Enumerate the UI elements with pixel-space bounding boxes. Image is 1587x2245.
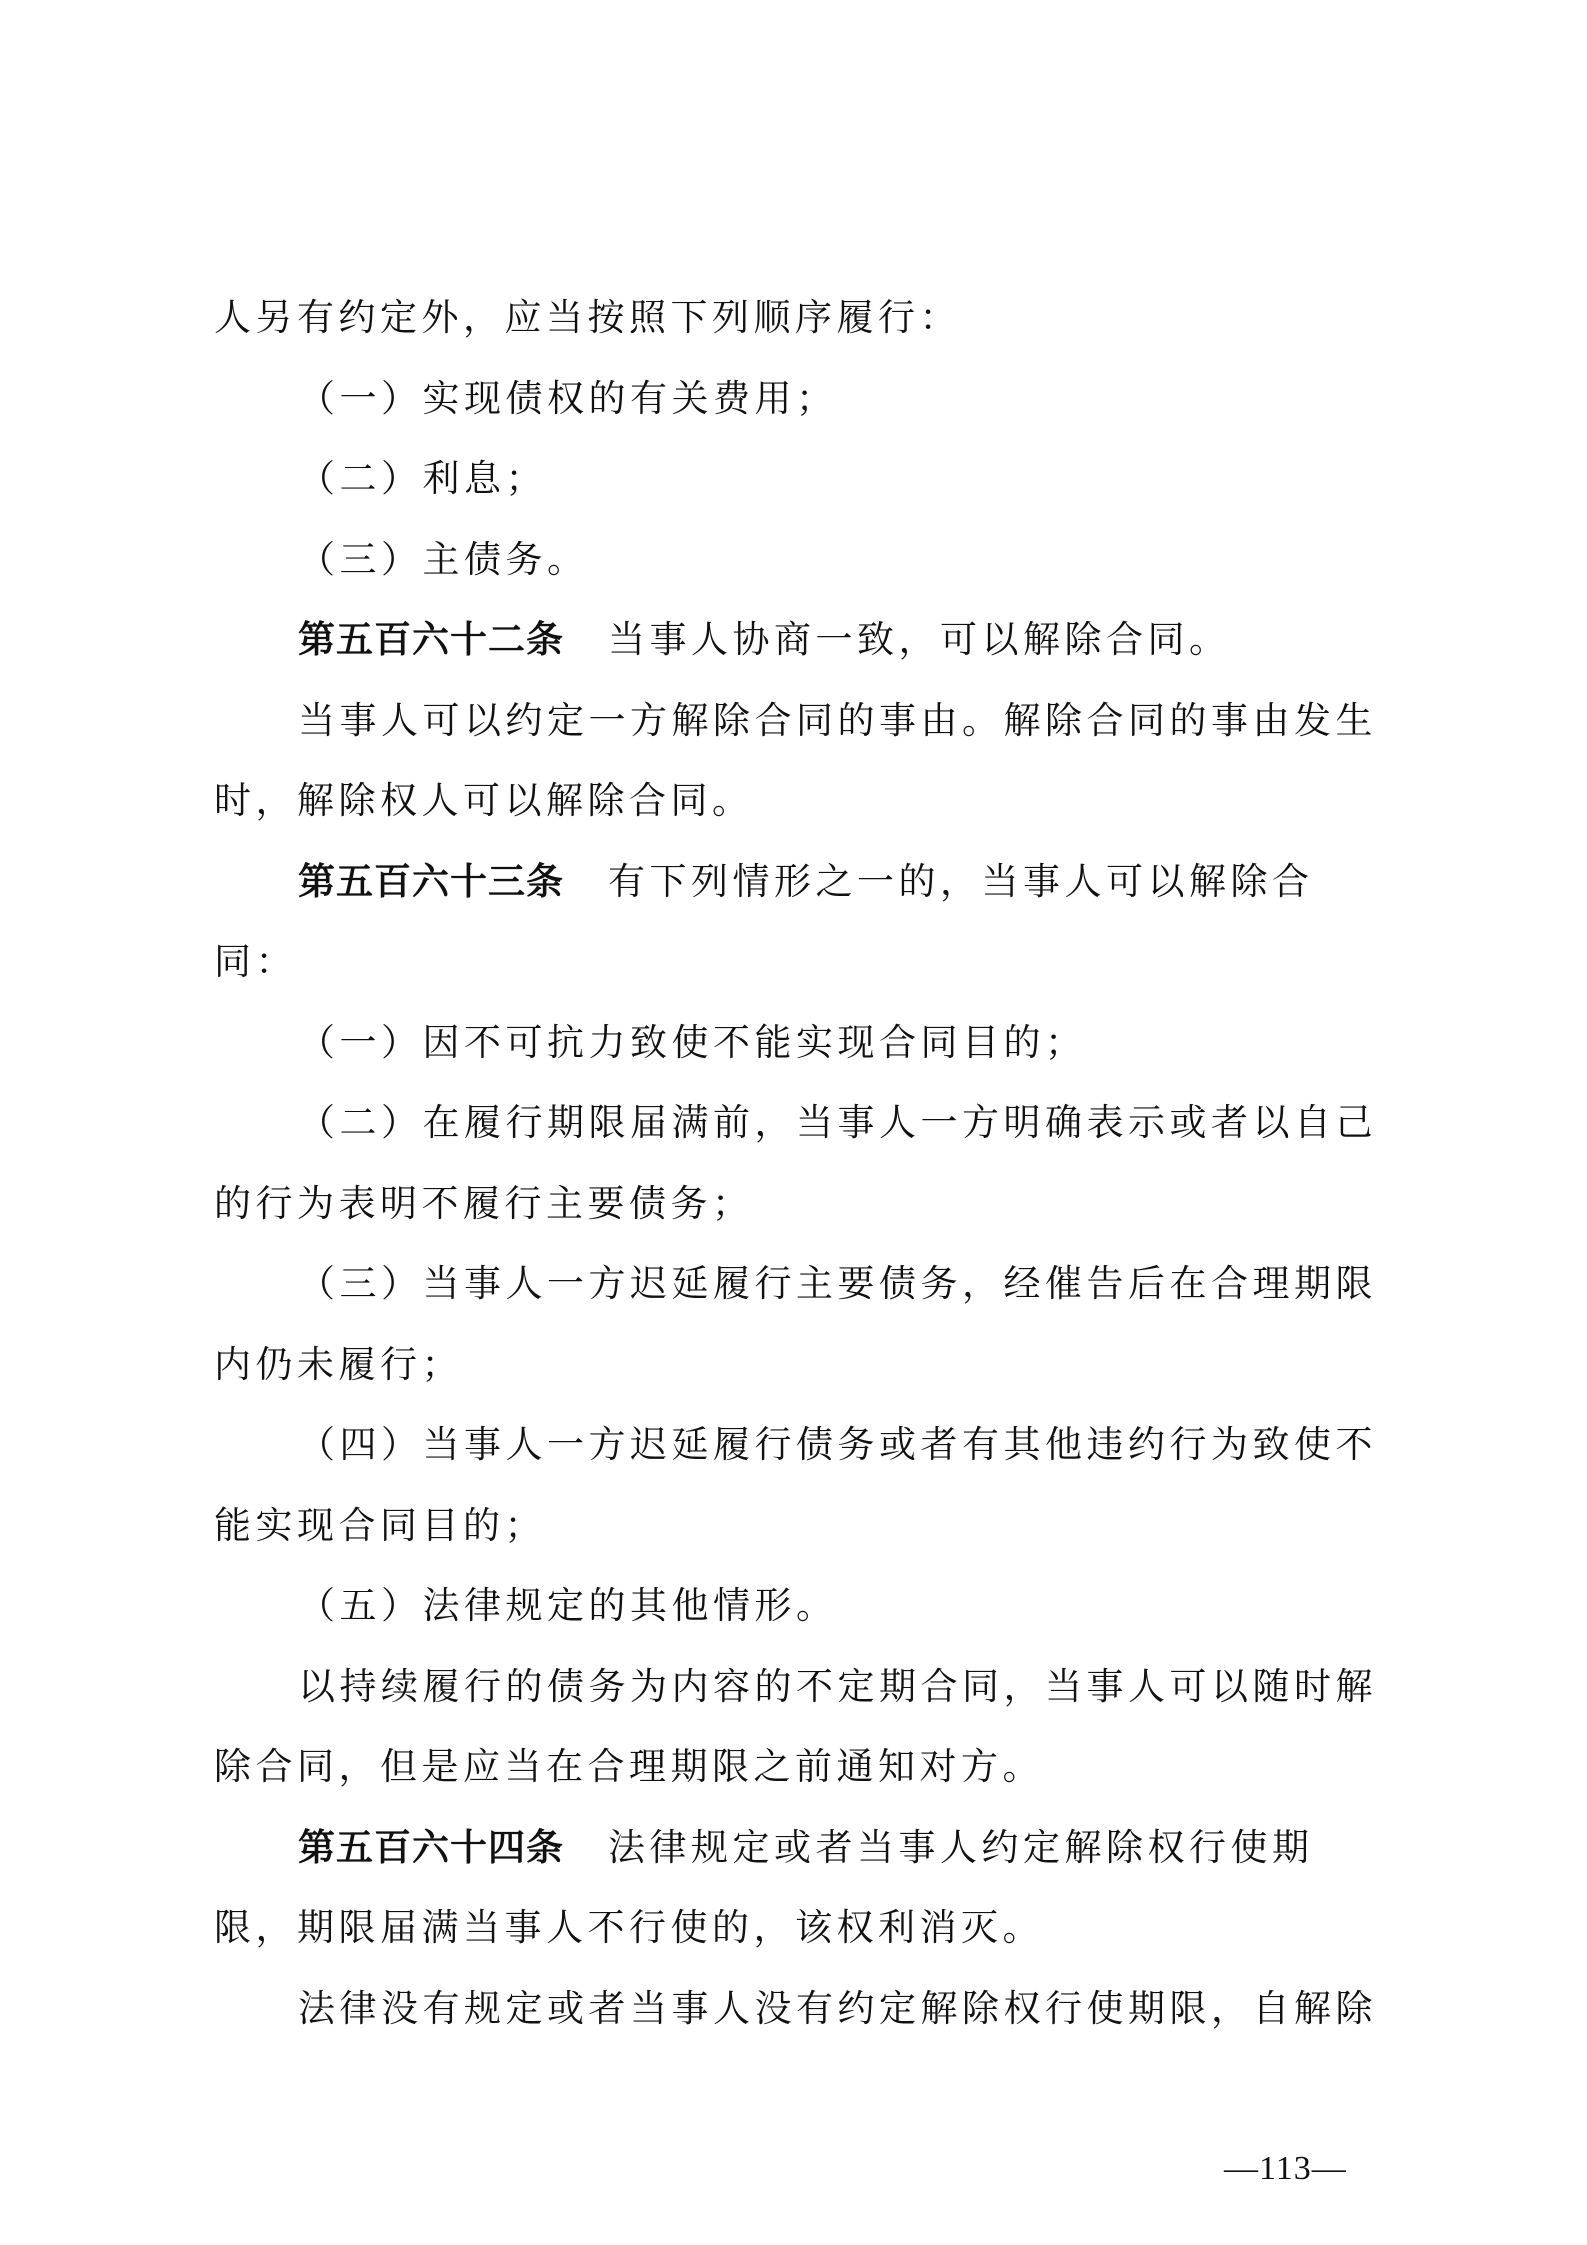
article-heading-line: 第五百六十四条法律规定或者当事人约定解除权行使期 xyxy=(214,1822,1390,1903)
line-text: （三）当事人一方迟延履行主要债务，经催告后在合理期限 xyxy=(298,1262,1377,1305)
text-line: 同： xyxy=(214,936,1390,1017)
line-text: （二）利息； xyxy=(298,457,547,500)
list-item: （二）利息； xyxy=(214,453,1390,534)
line-text: 内仍未履行； xyxy=(214,1343,463,1386)
paragraph-start: 法律没有规定或者当事人没有约定解除权行使期限，自解除 xyxy=(214,1983,1390,2064)
line-text: 法律没有规定或者当事人没有约定解除权行使期限，自解除 xyxy=(298,1987,1377,2030)
article-number: 第五百六十二条 xyxy=(298,618,564,661)
line-text: 除合同，但是应当在合理期限之前通知对方。 xyxy=(214,1745,1044,1788)
line-text: （二）在履行期限届满前，当事人一方明确表示或者以自己 xyxy=(298,1101,1377,1144)
text-line: 时，解除权人可以解除合同。 xyxy=(214,775,1390,856)
paragraph-start: 当事人可以约定一方解除合同的事由。解除合同的事由发生 xyxy=(214,695,1390,776)
line-text: 当事人协商一致，可以解除合同。 xyxy=(608,618,1231,661)
paragraph-start: 以持续履行的债务为内容的不定期合同，当事人可以随时解 xyxy=(214,1661,1390,1742)
line-text: 当事人可以约定一方解除合同的事由。解除合同的事由发生 xyxy=(298,699,1377,742)
list-item: （四）当事人一方迟延履行债务或者有其他违约行为致使不 xyxy=(214,1419,1390,1500)
article-heading-line: 第五百六十二条当事人协商一致，可以解除合同。 xyxy=(214,614,1390,695)
text-line: 人另有约定外，应当按照下列顺序履行： xyxy=(214,292,1390,373)
article-heading-line: 第五百六十三条有下列情形之一的，当事人可以解除合 xyxy=(214,856,1390,937)
article-number: 第五百六十四条 xyxy=(298,1826,564,1869)
line-text: （三）主债务。 xyxy=(298,538,589,581)
list-item: （三）当事人一方迟延履行主要债务，经催告后在合理期限 xyxy=(214,1258,1390,1339)
text-line: 的行为表明不履行主要债务； xyxy=(214,1178,1390,1259)
line-text: 的行为表明不履行主要债务； xyxy=(214,1182,754,1225)
line-text: （四）当事人一方迟延履行债务或者有其他违约行为致使不 xyxy=(298,1423,1377,1466)
list-item: （一）因不可抗力致使不能实现合同目的； xyxy=(214,1017,1390,1098)
line-text: 时，解除权人可以解除合同。 xyxy=(214,779,754,822)
line-text: （一）实现债权的有关费用； xyxy=(298,377,838,420)
list-item: （一）实现债权的有关费用； xyxy=(214,373,1390,454)
list-item: （二）在履行期限届满前，当事人一方明确表示或者以自己 xyxy=(214,1097,1390,1178)
line-text: 能实现合同目的； xyxy=(214,1504,546,1547)
line-text: 法律规定或者当事人约定解除权行使期 xyxy=(608,1826,1314,1869)
line-text: 有下列情形之一的，当事人可以解除合 xyxy=(608,860,1314,903)
page-number: —113— xyxy=(1224,2150,1347,2188)
list-item: （五）法律规定的其他情形。 xyxy=(214,1580,1390,1661)
text-line: 内仍未履行； xyxy=(214,1339,1390,1420)
list-item: （三）主债务。 xyxy=(214,534,1390,615)
line-text: 人另有约定外，应当按照下列顺序履行： xyxy=(214,296,961,339)
line-text: 同： xyxy=(214,940,297,983)
line-text: 限，期限届满当事人不行使的，该权利消灭。 xyxy=(214,1906,1044,1949)
line-text: 以持续履行的债务为内容的不定期合同，当事人可以随时解 xyxy=(298,1665,1377,1708)
text-line: 除合同，但是应当在合理期限之前通知对方。 xyxy=(214,1741,1390,1822)
line-text: （一）因不可抗力致使不能实现合同目的； xyxy=(298,1021,1087,1064)
line-text: （五）法律规定的其他情形。 xyxy=(298,1584,838,1627)
text-line: 限，期限届满当事人不行使的，该权利消灭。 xyxy=(214,1902,1390,1983)
document-body: 人另有约定外，应当按照下列顺序履行： （一）实现债权的有关费用； （二）利息； … xyxy=(214,292,1390,2063)
document-page: 人另有约定外，应当按照下列顺序履行： （一）实现债权的有关费用； （二）利息； … xyxy=(0,0,1587,2245)
text-line: 能实现合同目的； xyxy=(214,1500,1390,1581)
article-number: 第五百六十三条 xyxy=(298,860,564,903)
